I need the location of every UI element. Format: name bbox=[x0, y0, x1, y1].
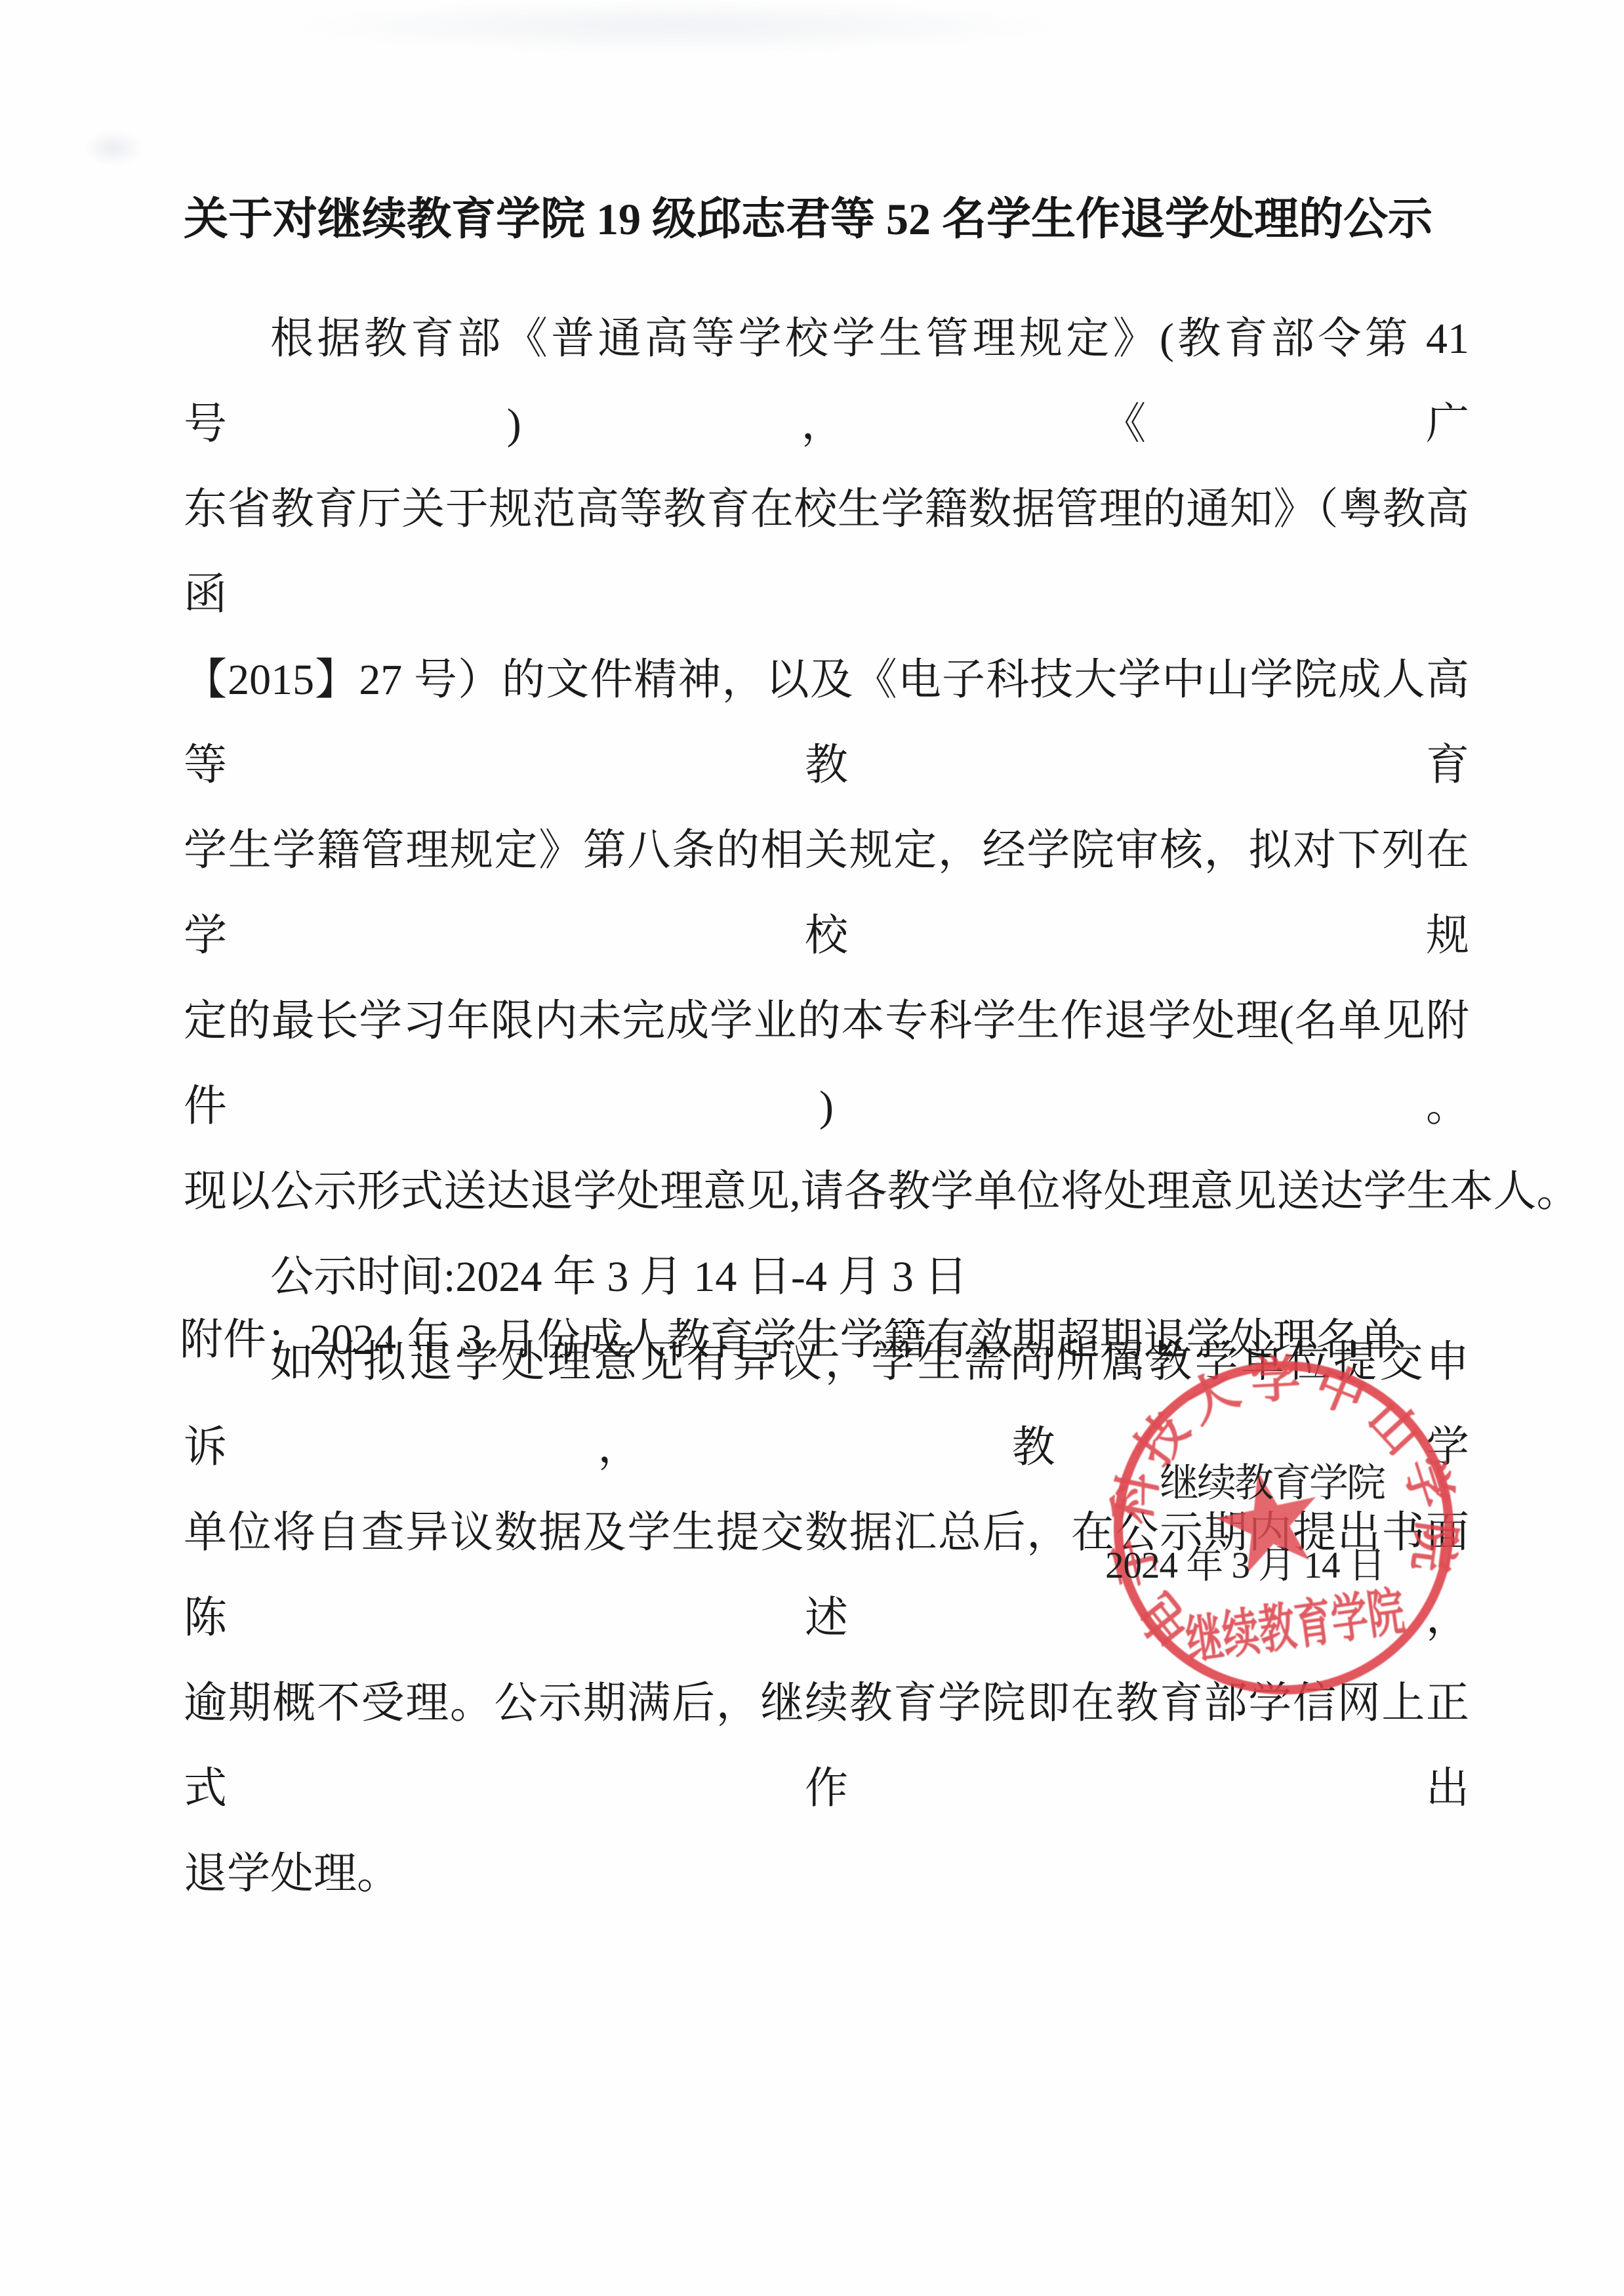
official-seal: 电 子 科 技 大 学 中 山 学 院 继续教育学院 bbox=[1089, 1338, 1509, 1719]
scan-smudge-top bbox=[282, 0, 1069, 52]
body-line-11: 退学处理。 bbox=[184, 1832, 1469, 1917]
body-line-6: 现以公示形式送达退学处理意见,请各教学单位将处理意见送达学生本人。 bbox=[184, 1149, 1469, 1235]
seal-bottom-text: 继续教育学院 bbox=[1183, 1583, 1408, 1671]
body-line-5: 定的最长学习年限内未完成学业的本专科学生作退学处理(名单见附件)。 bbox=[184, 979, 1469, 1149]
body-line-4: 学生学籍管理规定》第八条的相关规定，经学院审核，拟对下列在学校规 bbox=[184, 808, 1469, 979]
document-page: 关于对继续教育学院 19 级邱志君等 52 名学生作退学处理的公示 根据教育部《… bbox=[0, 0, 1624, 2296]
seal-arc-char: 学 bbox=[1249, 1351, 1302, 1409]
seal-arc-char: 科 bbox=[1104, 1468, 1168, 1528]
scan-smudge-small bbox=[84, 130, 143, 166]
signature-date: 2024 年 3 月 14 日 bbox=[1105, 1546, 1385, 1586]
seal-arc-char: 山 bbox=[1357, 1391, 1431, 1465]
body-line-1: 根据教育部《普通高等学校学生管理规定》(教育部令第 41 号)，《广 bbox=[184, 297, 1469, 467]
body-line-2: 东省教育厅关于规范高等教育在校生学籍数据管理的通知》（粤教高函 bbox=[184, 467, 1469, 638]
signature-org: 继续教育学院 bbox=[1160, 1462, 1384, 1505]
body-line-3: 【2015】27 号）的文件精神，以及《电子科技大学中山学院成人高等教育 bbox=[184, 638, 1469, 808]
seal-arc-char: 院 bbox=[1403, 1519, 1464, 1575]
page-title: 关于对继续教育学院 19 级邱志君等 52 名学生作退学处理的公示 bbox=[184, 194, 1432, 244]
